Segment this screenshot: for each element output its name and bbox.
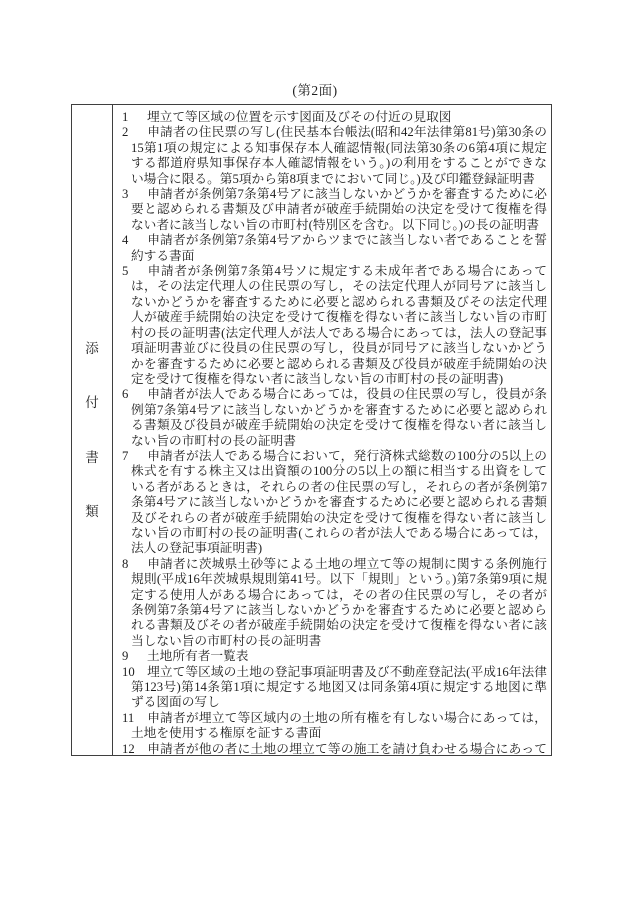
document-list: 1埋立て等区域の位置を示す図面及びその付近の見取図 2申請者の住民票の写し(住民… bbox=[113, 105, 551, 755]
list-item: 9土地所有者一覧表 bbox=[122, 649, 547, 664]
item-text: 申請者が条例第7条第4号アに該当しないかどうかを審査するために必要と認められる書… bbox=[131, 187, 547, 232]
item-text: 申請者が法人である場合にあっては，役員の住民票の写し，役員が条例第7条第4号アに… bbox=[131, 387, 547, 447]
list-item: 1埋立て等区域の位置を示す図面及びその付近の見取図 bbox=[122, 110, 547, 125]
item-number: 7 bbox=[122, 449, 147, 464]
list-item: 2申請者の住民票の写し(住民基本台帳法(昭和42年法律第81号)第30条の15第… bbox=[122, 125, 547, 187]
item-text: 申請者が法人である場合において，発行済株式総数の100分の5以上の株式を有する株… bbox=[131, 449, 547, 555]
item-number: 6 bbox=[122, 387, 147, 402]
row-header-attached-documents: 添 付 書 類 bbox=[72, 105, 113, 755]
item-number: 10 bbox=[122, 665, 147, 680]
item-text: 埋立て等区域の位置を示す図面及びその付近の見取図 bbox=[147, 110, 452, 124]
row-header-char-2: 付 bbox=[85, 396, 99, 410]
list-item: 3申請者が条例第7条第4号アに該当しないかどうかを審査するために必要と認められる… bbox=[122, 187, 547, 233]
list-item: 8申請者に茨城県土砂等による土地の埋立て等の規制に関する条例施行規則(平成16年… bbox=[122, 557, 547, 649]
item-text: 埋立て等区域の土地の登記事項証明書及び不動産登記法(平成16年法律第123号)第… bbox=[131, 665, 547, 710]
item-text: 申請者が条例第7条第4号ソに規定する未成年者である場合にあっては，その法定代理人… bbox=[131, 264, 547, 386]
list-item: 4申請者が条例第7条第4号アからツまでに該当しない者であることを誓約する書面 bbox=[122, 233, 547, 264]
item-number: 11 bbox=[122, 711, 147, 726]
item-number: 9 bbox=[122, 649, 147, 664]
item-number: 4 bbox=[122, 233, 147, 248]
row-header-char-1: 添 bbox=[85, 342, 99, 356]
row-header-char-4: 類 bbox=[85, 505, 99, 519]
attached-documents-table: 添 付 書 類 1埋立て等区域の位置を示す図面及びその付近の見取図 2申請者の住… bbox=[71, 104, 552, 756]
list-item: 5申請者が条例第7条第4号ソに規定する未成年者である場合にあっては，その法定代理… bbox=[122, 264, 547, 387]
list-item: 6申請者が法人である場合にあっては，役員の住民票の写し，役員が条例第7条第4号ア… bbox=[122, 387, 547, 449]
item-number: 8 bbox=[122, 557, 147, 572]
list-item: 11申請者が埋立て等区域内の土地の所有権を有しない場合にあっては，土地を使用する… bbox=[122, 711, 547, 742]
item-text: 申請者が条例第7条第4号アからツまでに該当しない者であることを誓約する書面 bbox=[131, 233, 547, 262]
item-number: 5 bbox=[122, 264, 147, 279]
item-text: 申請者が埋立て等区域内の土地の所有権を有しない場合にあっては，土地を使用する権原… bbox=[131, 711, 547, 740]
page-number-label: (第2面) bbox=[0, 79, 630, 99]
item-text: 申請者に茨城県土砂等による土地の埋立て等の規制に関する条例施行規則(平成16年茨… bbox=[131, 557, 547, 648]
item-number: 12 bbox=[122, 742, 147, 755]
item-number: 2 bbox=[122, 125, 147, 140]
item-number: 3 bbox=[122, 187, 147, 202]
list-item: 10埋立て等区域の土地の登記事項証明書及び不動産登記法(平成16年法律第123号… bbox=[122, 665, 547, 711]
item-text: 申請者の住民票の写し(住民基本台帳法(昭和42年法律第81号)第30条の15第1… bbox=[131, 125, 547, 185]
list-item: 12申請者が他の者に土地の埋立て等の施工を請け負わせる場合にあっては，請負契約書… bbox=[122, 742, 547, 755]
row-header-char-3: 書 bbox=[85, 451, 99, 465]
item-text: 土地所有者一覧表 bbox=[147, 649, 249, 663]
item-number: 1 bbox=[122, 110, 147, 125]
item-text: 申請者が他の者に土地の埋立て等の施工を請け負わせる場合にあっては，請負契約書の写… bbox=[131, 742, 547, 755]
list-item: 7申請者が法人である場合において，発行済株式総数の100分の5以上の株式を有する… bbox=[122, 449, 547, 557]
